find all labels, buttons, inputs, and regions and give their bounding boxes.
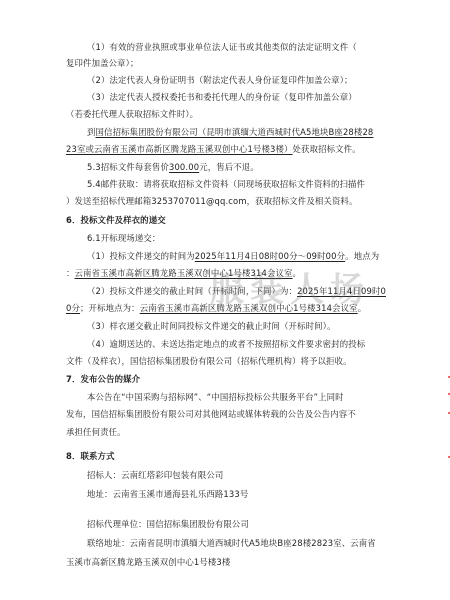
text: ；开标地点为：: [80, 303, 140, 313]
email-line: 5.4邮件获取：请将获取招标文件资料（同现场获取招标文件资料的扫描件: [87, 178, 417, 190]
subsection-6-1: 6.1开标现场递交：: [87, 232, 417, 244]
media-line: 本公告在“中国采购与招标网”、“中国招标投标公共服务平台”上同时: [87, 391, 417, 403]
text: 招标人：云南红塔彩印包装有限公司: [87, 470, 223, 480]
pickup-location: 到国信招标集团股份有限公司（昆明市滇缅大道西城时代A5地块B座28楼28: [87, 126, 417, 138]
heading-text: 7．发布公告的媒介: [66, 374, 140, 384]
requirement-3-cont: （若委托代理人获取招标文件时）。: [66, 108, 396, 120]
text: （1）有效的营业执照或事业单位法人证书或其他类似的法定证明文件（: [87, 42, 357, 52]
text: 元，售后不退。: [199, 162, 259, 172]
text: 5.4邮件获取：请将获取招标文件资料（同现场获取招标文件资料的扫描件: [87, 179, 365, 189]
deadline-value: 2025年11月4日09时0: [297, 286, 386, 296]
underlined-address: 23室或云南省玉溪市高新区腾龙路玉溪双创中心1号楼3楼）: [66, 144, 293, 154]
text: （若委托代理人获取招标文件时）。: [66, 109, 198, 119]
text: （2）投标文件递交的截止时间（开标时间，下同）为：: [87, 286, 297, 296]
text: ）发送至招标代理邮箱3253707011@qq.com，获取招标文件及相关资料。: [66, 196, 357, 206]
price-line: 5.3招标文件每套售价300.00元，售后不退。: [87, 161, 417, 173]
heading-text: 8．联系方式: [66, 451, 115, 461]
requirement-2: （2）法定代表人身份证明书（附法定代表人身份证复印件加盖公章）；: [87, 74, 417, 86]
requirement-1: （1）有效的营业执照或事业单位法人证书或其他类似的法定证明文件（: [87, 41, 417, 53]
text: 6.1开标现场递交：: [87, 233, 160, 243]
deadline-value: 0分: [66, 303, 80, 313]
email-line-cont: ）发送至招标代理邮箱3253707011@qq.com，获取招标文件及相关资料。: [66, 195, 396, 207]
text: 到: [87, 127, 96, 137]
underlined-address: 国信招标集团股份有限公司（昆明市滇缅大道西城时代A5地块B座28楼28: [96, 127, 374, 137]
text: 地址：云南省玉溪市通海县礼乐西路133号: [87, 489, 248, 499]
requirement-1-cont: 复印件加盖公章）；: [66, 57, 396, 69]
text: 玉溪市高新区腾龙路玉溪双创中心1号楼3楼: [66, 557, 230, 567]
agency-line: 招标代理单位：国信招标集团股份有限公司: [87, 518, 417, 530]
requirement-3: （3）法定代表人授权委托书和委托代理人的身份证（复印件加盖公章）: [87, 91, 417, 103]
price-value: 300.00: [169, 162, 199, 172]
submission-location: ：云南省玉溪市高新区腾龙路玉溪双创中心1号楼314会议室。: [66, 267, 396, 279]
deadline-line-cont: 0分；开标地点为：云南省玉溪市高新区腾龙路玉溪双创中心1号楼314会议室。: [66, 302, 396, 314]
text: （4）逾期送达的、未送达指定地点的或者不按照招标文件要求密封的投标: [87, 339, 365, 349]
text: 处获取招标文件。: [293, 144, 361, 154]
section-6-heading: 6．投标文件及样衣的递交: [66, 214, 396, 226]
text: （1）投标文件递交的时间为: [87, 251, 195, 261]
text: 5.3招标文件每套售价: [87, 162, 169, 172]
agency-address: 联络地址：云南省昆明市滇缅大道西城时代A5地块B座28楼2823室、云南省: [87, 537, 417, 549]
section-7-heading: 7．发布公告的媒介: [66, 373, 396, 385]
tenderer-line: 招标人：云南红塔彩印包装有限公司: [87, 469, 417, 481]
text: 复印件加盖公章）；: [66, 58, 139, 68]
text: （3）法定代表人授权委托书和委托代理人的身份证（复印件加盖公章）: [87, 92, 357, 102]
text: ：: [66, 268, 75, 278]
text: 文件（及样衣），国信招标集团股份有限公司（招标代理机构）将予以拒收。: [66, 356, 352, 366]
tenderer-address: 地址：云南省玉溪市通海县礼乐西路133号: [87, 488, 417, 500]
sample-deadline: （3）样衣递交截止时间同投标文件递交的截止时间（开标时间）。: [87, 320, 417, 332]
text: 承担任何责任。: [66, 427, 126, 437]
deadline-line: （2）投标文件递交的截止时间（开标时间，下同）为：2025年11月4日09时0: [87, 285, 417, 297]
agency-address-cont: 玉溪市高新区腾龙路玉溪双创中心1号楼3楼: [66, 556, 396, 568]
text: 招标代理单位：国信招标集团股份有限公司: [87, 519, 249, 529]
location-value: 云南省玉溪市高新区腾龙路玉溪双创中心1号楼314会议室: [75, 268, 293, 278]
text: 。: [358, 303, 367, 313]
submission-time: （1）投标文件递交的时间为2025年11月4日08时00分～09时00分。地点为: [87, 250, 417, 262]
text: 联络地址：云南省昆明市滇缅大道西城时代A5地块B座28楼2823室、云南省: [87, 538, 376, 548]
text: （2）法定代表人身份证明书（附法定代表人身份证复印件加盖公章）；: [87, 75, 353, 85]
media-line-cont: 发布，国信招标集团股份有限公司对其他网站或媒体转载的公告及公告内容不: [66, 408, 396, 420]
text: 发布，国信招标集团股份有限公司对其他网站或媒体转载的公告及公告内容不: [66, 409, 356, 419]
text: （3）样衣递交截止时间同投标文件递交的截止时间（开标时间）。: [87, 321, 336, 331]
document-page: （1）有效的营业执照或事业单位法人证书或其他类似的法定证明文件（ 复印件加盖公章…: [0, 0, 450, 600]
heading-text: 6．投标文件及样衣的递交: [66, 215, 166, 225]
submission-time-value: 2025年11月4日08时00分～09时00分: [195, 251, 345, 261]
text: 。地点为: [345, 251, 379, 261]
location-value: 云南省玉溪市高新区腾龙路玉溪双创中心1号楼314会议室: [140, 303, 358, 313]
pickup-location-cont: 23室或云南省玉溪市高新区腾龙路玉溪双创中心1号楼3楼）处获取招标文件。: [66, 143, 396, 155]
text: 。: [293, 268, 302, 278]
late-submission: （4）逾期送达的、未送达指定地点的或者不按照招标文件要求密封的投标: [87, 338, 417, 350]
text: 本公告在“中国采购与招标网”、“中国招标投标公共服务平台”上同时: [87, 392, 344, 402]
late-submission-cont: 文件（及样衣），国信招标集团股份有限公司（招标代理机构）将予以拒收。: [66, 355, 396, 367]
section-8-heading: 8．联系方式: [66, 450, 396, 462]
media-line-cont2: 承担任何责任。: [66, 426, 396, 438]
